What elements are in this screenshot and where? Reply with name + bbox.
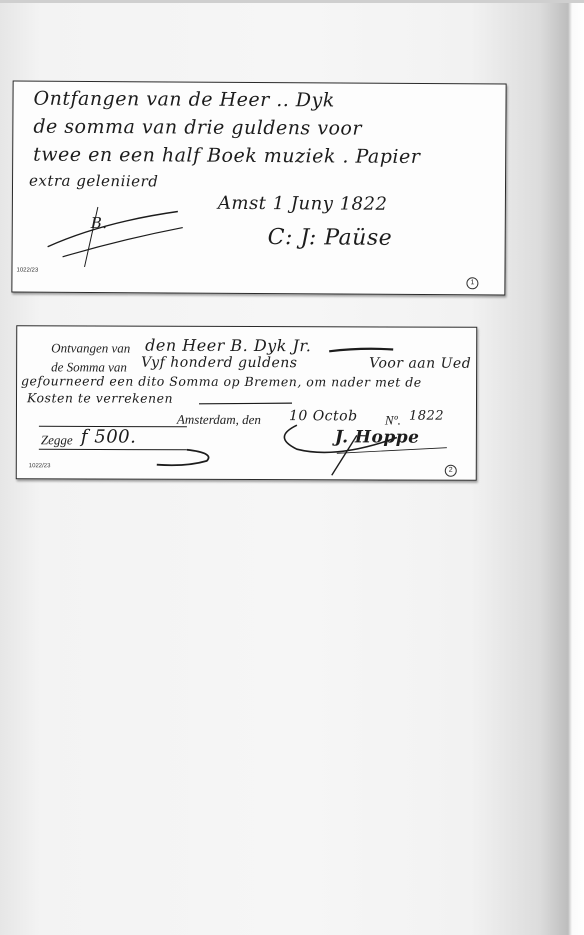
receipt-2-line-4: Kosten te verrekenen — [27, 390, 173, 406]
receipt-1-line-2: de somma van drie guldens voor — [33, 116, 362, 140]
receipt-1-line-1: Ontfangen van de Heer .. Dyk — [33, 88, 334, 112]
receipt-2-amount: f 500. — [81, 426, 137, 447]
receipt-2-printed-zegge: Zegge — [41, 432, 73, 448]
receipt-2-item-number: 2 — [445, 465, 457, 477]
archive-page: Ontfangen van de Heer .. Dyk de somma va… — [0, 0, 584, 935]
receipt-2-archive-ref: 1022/23 — [29, 463, 51, 469]
receipt-2-signature: J. Hoppe — [335, 427, 420, 447]
receipt-1-signature: C: J: Paüse — [268, 225, 393, 251]
receipt-2-printed-received-from: Ontvangen van — [51, 340, 130, 356]
receipt-2-line-4-rule-icon — [197, 401, 297, 407]
receipt-2-for: Voor aan Ued — [369, 355, 471, 371]
receipt-1-line-4: extra geleniierd — [29, 172, 158, 191]
receipt-1-archive-ref: 1022/23 — [16, 268, 38, 274]
receipt-2-received-from: den Heer B. Dyk Jr. — [145, 336, 311, 356]
receipt-2-flourish-icon — [327, 345, 397, 355]
receipt-1-item-number: 1 — [466, 277, 478, 289]
receipt-2: Ontvangen van den Heer B. Dyk Jr. de Som… — [16, 325, 478, 481]
receipt-1-initial-flourish-icon — [43, 197, 193, 268]
receipt-1-place-date: Amst 1 Juny 1822 — [218, 193, 388, 215]
page-top-edge — [0, 0, 584, 3]
receipt-2-line-3: gefourneerd een dito Somma op Bremen, om… — [21, 373, 422, 389]
receipt-1-line-3: twee en een half Boek muziek . Papier — [33, 144, 420, 168]
receipt-1: Ontfangen van de Heer .. Dyk de somma va… — [11, 80, 506, 295]
receipt-2-sum-written: Vyf honderd guldens — [141, 355, 297, 372]
receipt-1-initial-mark: B. — [91, 214, 108, 232]
